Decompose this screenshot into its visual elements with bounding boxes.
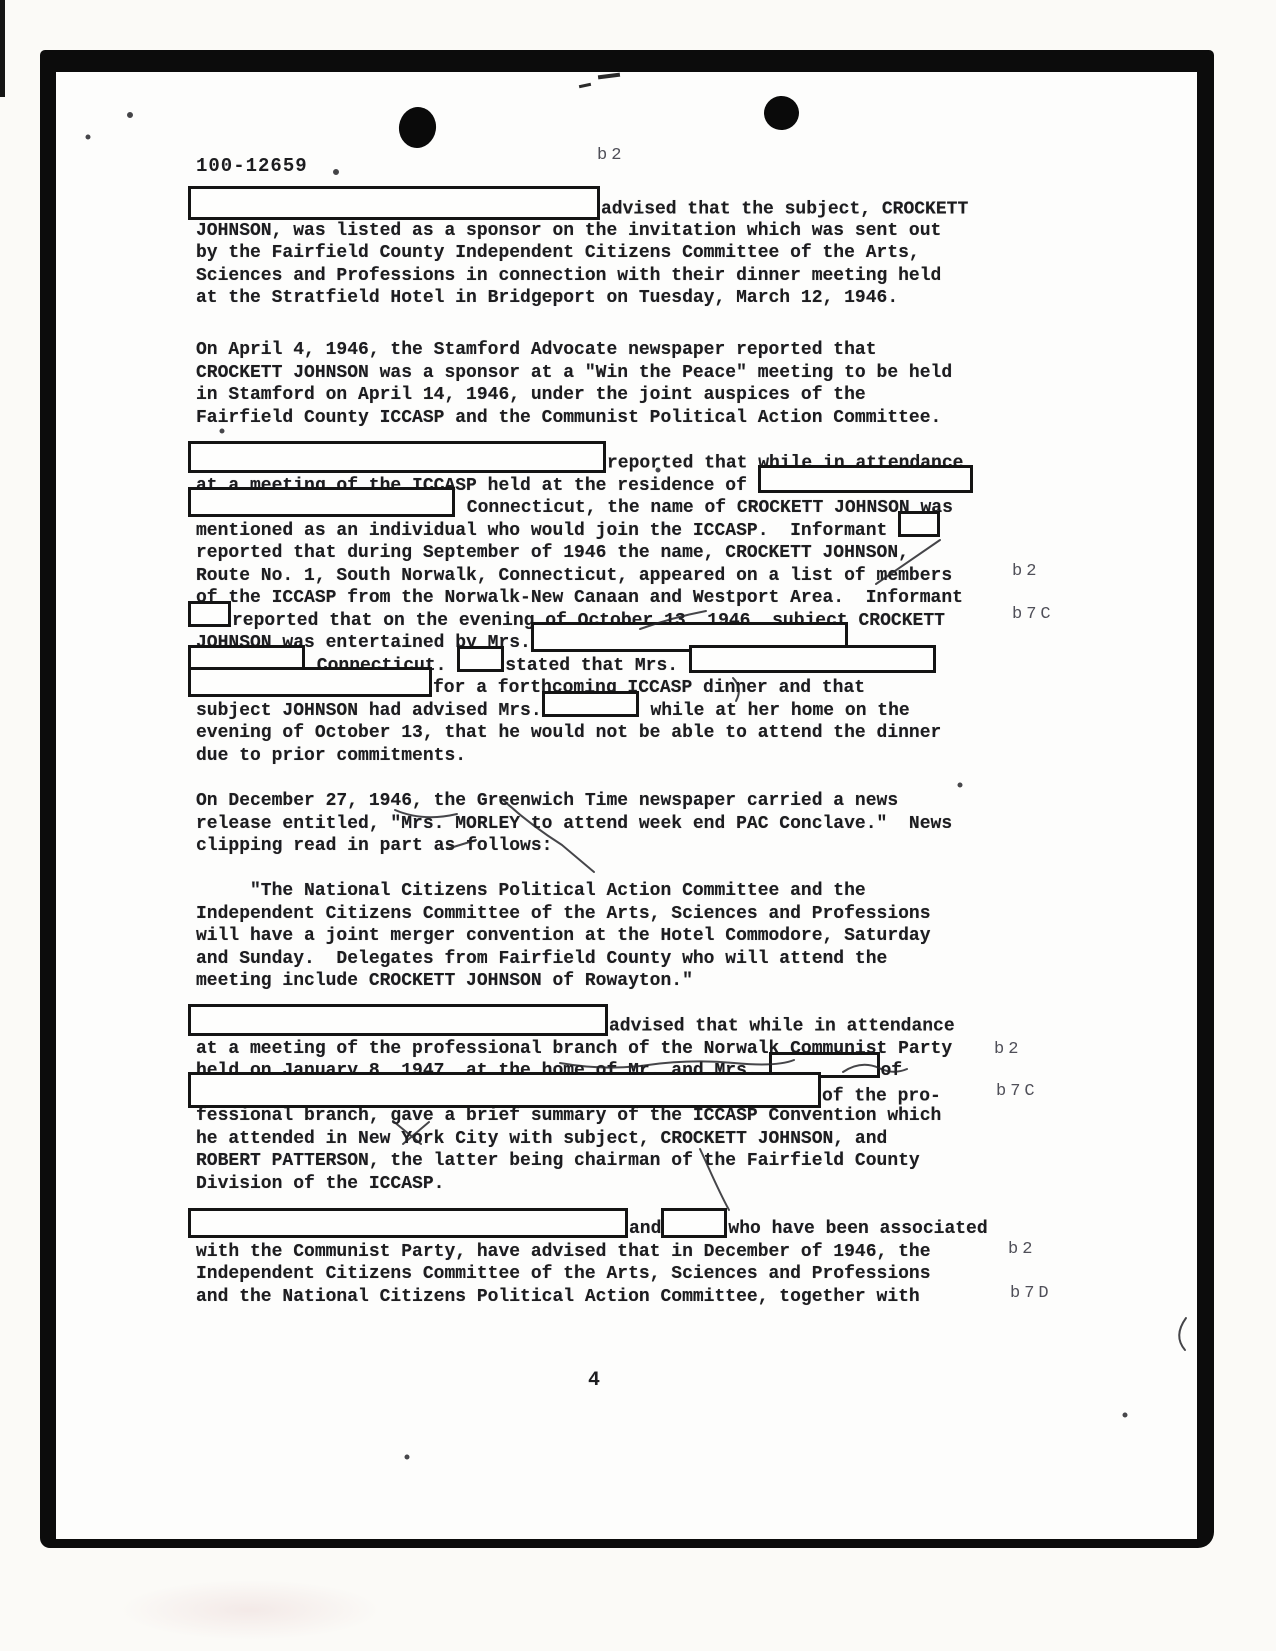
text-segment: ROBERT PATTERSON, the latter being chair… xyxy=(196,1151,920,1171)
redaction-box xyxy=(758,465,973,493)
text-line: in Stamford on April 14, 1946, under the… xyxy=(196,384,952,407)
text-line: fessional branch, gave a brief summary o… xyxy=(196,1105,955,1128)
redaction-box xyxy=(188,601,231,627)
text-line: clipping read in part as follows: xyxy=(196,835,952,858)
text-segment: advised that the subject, CROCKETT xyxy=(601,199,968,219)
paragraph: On December 27, 1946, the Greenwich Time… xyxy=(196,790,952,858)
classification-annotation: b2 xyxy=(994,1040,1022,1059)
text-line: Fairfield County ICCASP and the Communis… xyxy=(196,407,952,430)
paragraph: advised that the subject, CROCKETTJOHNSO… xyxy=(196,197,968,310)
paragraph: reported that while in attendanceat a me… xyxy=(196,452,974,767)
text-segment: subject JOHNSON had advised Mrs. xyxy=(196,701,542,721)
text-segment: clipping read in part as follows: xyxy=(196,836,552,856)
classification-annotation: b2 xyxy=(597,146,625,165)
text-segment: Sciences and Professions in connection w… xyxy=(196,266,941,286)
text-segment: release entitled, "Mrs. MORLEY to attend… xyxy=(196,814,952,834)
text-segment: CROCKETT JOHNSON was a sponsor at a "Win… xyxy=(196,363,952,383)
text-segment: who have been associated xyxy=(728,1219,987,1239)
redaction-box xyxy=(188,667,432,697)
text-line: subject JOHNSON had advised Mrs. while a… xyxy=(196,700,974,723)
text-line: of the pro- xyxy=(196,1083,955,1106)
text-line: CROCKETT JOHNSON was a sponsor at a "Win… xyxy=(196,362,952,385)
text-line: Independent Citizens Committee of the Ar… xyxy=(196,1263,988,1286)
text-segment: of the ICCASP from the Norwalk-New Canaa… xyxy=(196,588,963,608)
text-segment: and Sunday. Delegates from Fairfield Cou… xyxy=(196,949,887,969)
text-segment: he attended in New York City with subjec… xyxy=(196,1129,887,1149)
text-segment: for a forthcoming ICCASP dinner and that xyxy=(433,678,865,698)
text-line: with the Communist Party, have advised t… xyxy=(196,1241,988,1264)
text-line: Route No. 1, South Norwalk, Connecticut,… xyxy=(196,565,974,588)
classification-annotation: b2 xyxy=(1012,562,1040,581)
scanned-document-page: { "colors":{"ink":"#1d1d20","annotation"… xyxy=(0,0,1276,1651)
text-line: ROBERT PATTERSON, the latter being chair… xyxy=(196,1150,955,1173)
text-segment: Independent Citizens Committee of the Ar… xyxy=(196,1264,931,1284)
text-segment: Fairfield County ICCASP and the Communis… xyxy=(196,408,941,428)
text-segment: at the Stratfield Hotel in Bridgeport on… xyxy=(196,288,898,308)
text-line: at the Stratfield Hotel in Bridgeport on… xyxy=(196,287,968,310)
classification-annotation: b2 xyxy=(1008,1240,1036,1259)
redaction-box xyxy=(689,645,936,673)
text-line: of the ICCASP from the Norwalk-New Canaa… xyxy=(196,587,974,610)
text-segment: On April 4, 1946, the Stamford Advocate … xyxy=(196,340,877,360)
text-line: On April 4, 1946, the Stamford Advocate … xyxy=(196,339,952,362)
text-line: Sciences and Professions in connection w… xyxy=(196,265,968,288)
text-line: due to prior commitments. xyxy=(196,745,974,768)
text-segment: of the pro- xyxy=(822,1086,941,1106)
redaction-box xyxy=(188,1072,821,1108)
redaction-box xyxy=(188,487,455,517)
text-line: JOHNSON, was listed as a sponsor on the … xyxy=(196,220,968,243)
text-segment: reported that during September of 1946 t… xyxy=(196,543,909,563)
text-line: by the Fairfield County Independent Citi… xyxy=(196,242,968,265)
text-segment: in Stamford on April 14, 1946, under the… xyxy=(196,385,866,405)
text-segment: stated that Mrs. xyxy=(505,656,689,676)
text-segment: Division of the ICCASP. xyxy=(196,1174,444,1194)
redaction-box xyxy=(188,1004,608,1036)
paragraph: On April 4, 1946, the Stamford Advocate … xyxy=(196,339,952,429)
text-segment: of xyxy=(881,1061,903,1081)
text-line: evening of October 13, that he would not… xyxy=(196,722,974,745)
text-segment: Independent Citizens Committee of the Ar… xyxy=(196,904,931,924)
text-line: he attended in New York City with subjec… xyxy=(196,1128,955,1151)
text-line: Division of the ICCASP. xyxy=(196,1173,955,1196)
text-segment: while at her home on the xyxy=(640,701,910,721)
text-line: and Sunday. Delegates from Fairfield Cou… xyxy=(196,948,931,971)
text-line: advised that while in attendance xyxy=(196,1015,955,1038)
text-line: Connecticut, the name of CROCKETT JOHNSO… xyxy=(196,497,974,520)
text-segment: Connecticut, the name of CROCKETT JOHNSO… xyxy=(456,498,953,518)
redaction-box xyxy=(188,441,606,473)
text-line: Independent Citizens Committee of the Ar… xyxy=(196,903,931,926)
classification-annotation: b7C xyxy=(996,1082,1039,1101)
redaction-box xyxy=(898,511,940,537)
text-segment: with the Communist Party, have advised t… xyxy=(196,1242,931,1262)
text-line: mentioned as an individual who would joi… xyxy=(196,520,974,543)
text-line: andwho have been associated xyxy=(196,1218,988,1241)
text-line: "The National Citizens Political Action … xyxy=(196,880,931,903)
text-segment: On December 27, 1946, the Greenwich Time… xyxy=(196,791,898,811)
text-line: meeting include CROCKETT JOHNSON of Rowa… xyxy=(196,970,931,993)
classification-annotation: b7C xyxy=(1012,605,1055,624)
text-segment: fessional branch, gave a brief summary o… xyxy=(196,1106,941,1126)
redaction-box xyxy=(457,646,504,672)
text-segment: JOHNSON, was listed as a sponsor on the … xyxy=(196,221,941,241)
classification-annotation: b7D xyxy=(1010,1284,1053,1303)
text-segment: and the National Citizens Political Acti… xyxy=(196,1287,920,1307)
text-line: and the National Citizens Political Acti… xyxy=(196,1286,988,1309)
text-segment: evening of October 13, that he would not… xyxy=(196,723,941,743)
redaction-box xyxy=(188,1208,628,1238)
paragraph: "The National Citizens Political Action … xyxy=(196,880,931,993)
text-segment: meeting include CROCKETT JOHNSON of Rowa… xyxy=(196,971,693,991)
text-segment: due to prior commitments. xyxy=(196,746,466,766)
text-line: reported that during September of 1946 t… xyxy=(196,542,974,565)
text-segment: will have a joint merger convention at t… xyxy=(196,926,931,946)
paragraph: andwho have been associatedwith the Comm… xyxy=(196,1218,988,1308)
text-line: On December 27, 1946, the Greenwich Time… xyxy=(196,790,952,813)
text-segment: advised that while in attendance xyxy=(609,1016,955,1036)
text-segment: mentioned as an individual who would joi… xyxy=(196,521,898,541)
text-layer: advised that the subject, CROCKETTJOHNSO… xyxy=(0,0,1276,1651)
text-line: release entitled, "Mrs. MORLEY to attend… xyxy=(196,813,952,836)
redaction-box xyxy=(661,1208,727,1238)
text-segment: and xyxy=(629,1219,661,1239)
redaction-box xyxy=(542,691,639,717)
text-segment: Route No. 1, South Norwalk, Connecticut,… xyxy=(196,566,952,586)
text-segment: "The National Citizens Political Action … xyxy=(196,881,866,901)
paragraph: advised that while in attendanceat a mee… xyxy=(196,1015,955,1195)
page-number: 4 xyxy=(588,1369,600,1392)
text-segment: by the Fairfield County Independent Citi… xyxy=(196,243,920,263)
redaction-box xyxy=(188,186,600,220)
text-line: advised that the subject, CROCKETT xyxy=(196,197,968,220)
text-line: will have a joint merger convention at t… xyxy=(196,925,931,948)
